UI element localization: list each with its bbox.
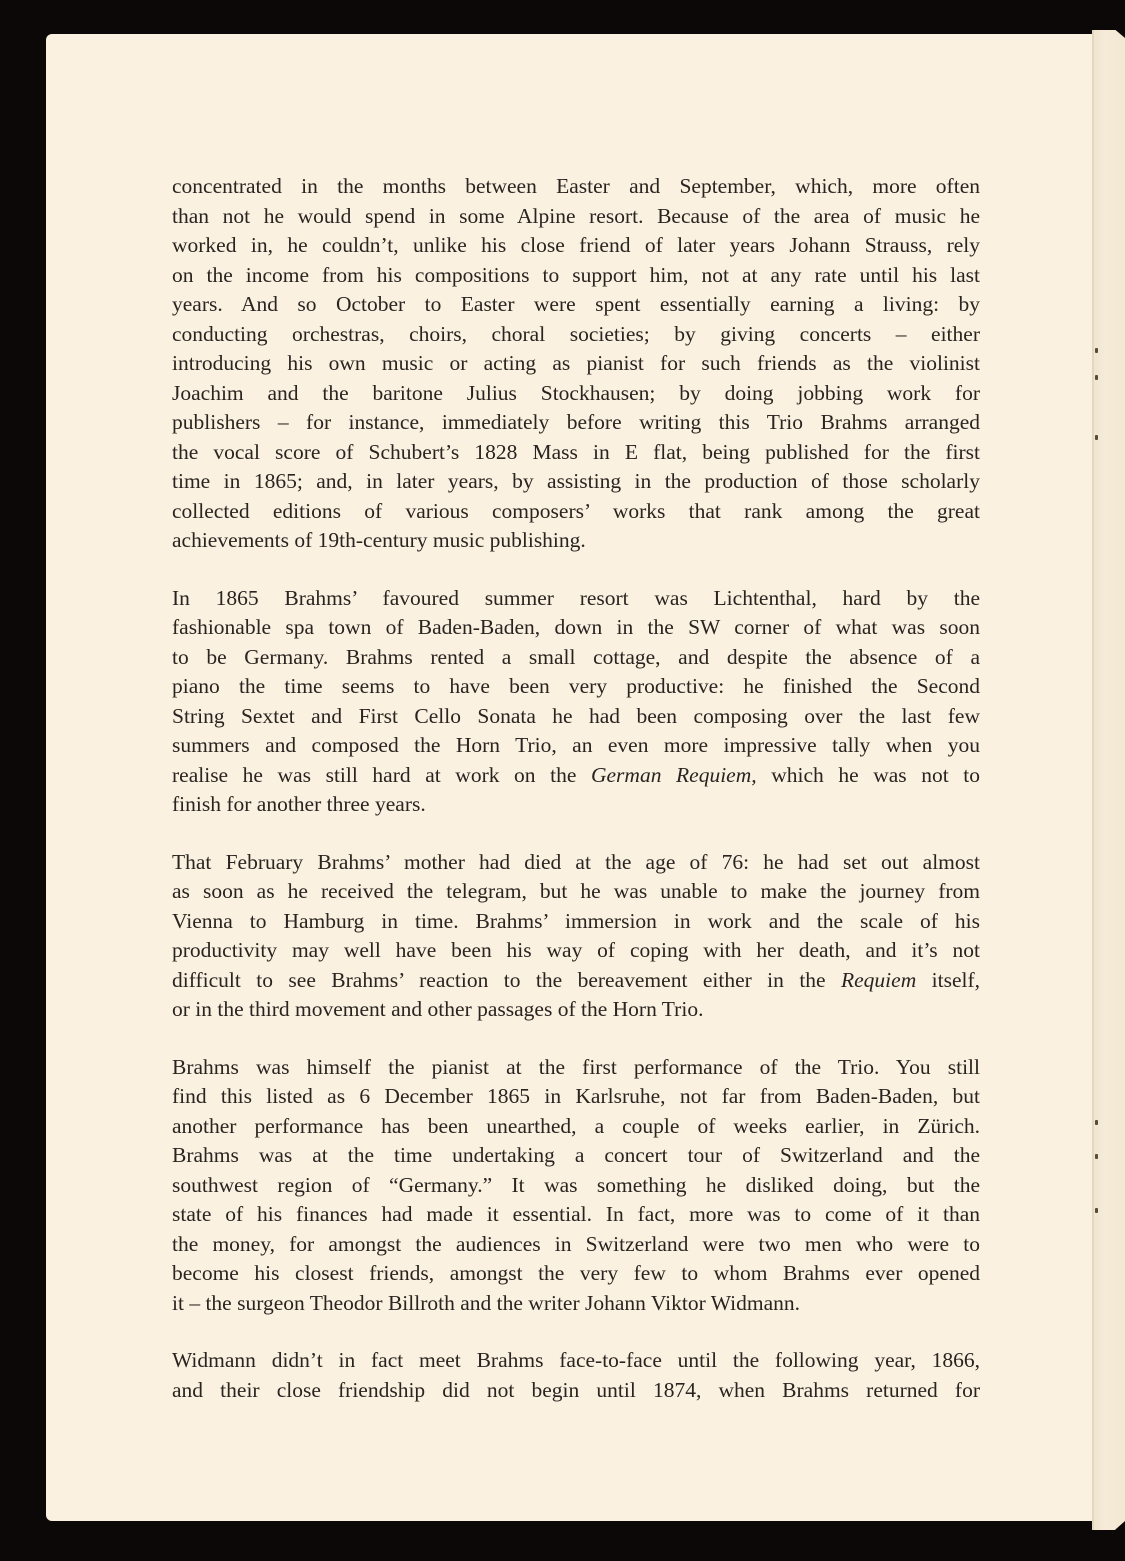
text-line: String Sextet and First Cello Sonata he … [172,702,980,732]
italic-title: German Requiem, [591,763,757,787]
text-line: fashionable spa town of Baden-Baden, dow… [172,613,980,643]
text-line: on the income from his compositions to s… [172,261,980,291]
text-line: southwest region of “Germany.” It was so… [172,1171,980,1201]
text-line: time in 1865; and, in later years, by as… [172,467,980,497]
text-line: collected editions of various composers’… [172,497,980,527]
edge-speck [1095,435,1098,440]
text-line: than not he would spend in some Alpine r… [172,202,980,232]
edge-speck [1095,1208,1098,1213]
text-line: or in the third movement and other passa… [172,995,980,1025]
text-line: difficult to see Brahms’ reaction to the… [172,966,980,996]
text-line: another performance has been unearthed, … [172,1112,980,1142]
paragraph: That February Brahms’ mother had died at… [172,848,980,1025]
edge-speck [1095,375,1098,380]
text-line: find this listed as 6 December 1865 in K… [172,1082,980,1112]
text-line: state of his finances had made it essent… [172,1200,980,1230]
text-line: introducing his own music or acting as p… [172,349,980,379]
text-line: publishers – for instance, immediately b… [172,408,980,438]
text-line: it – the surgeon Theodor Billroth and th… [172,1289,980,1319]
text-line: Brahms was himself the pianist at the fi… [172,1053,980,1083]
text-line: realise he was still hard at work on the… [172,761,980,791]
text-line: years. And so October to Easter were spe… [172,290,980,320]
edge-speck [1095,1154,1098,1159]
text-line: become his closest friends, amongst the … [172,1259,980,1289]
body-text: concentrated in the months between Easte… [172,172,980,1433]
text-line: to be Germany. Brahms rented a small cot… [172,643,980,673]
text-line: summers and composed the Horn Trio, an e… [172,731,980,761]
paragraph: Brahms was himself the pianist at the fi… [172,1053,980,1319]
text-line: Widmann didn’t in fact meet Brahms face-… [172,1346,980,1376]
text-line: piano the time seems to have been very p… [172,672,980,702]
paragraph: concentrated in the months between Easte… [172,172,980,556]
text-line: Vienna to Hamburg in time. Brahms’ immer… [172,907,980,937]
text-line: worked in, he couldn’t, unlike his close… [172,231,980,261]
text-line: the money, for amongst the audiences in … [172,1230,980,1260]
page-stack-edge [1092,30,1125,1530]
text-line: finish for another three years. [172,790,980,820]
text-line: Joachim and the baritone Julius Stockhau… [172,379,980,409]
text-line: That February Brahms’ mother had died at… [172,848,980,878]
background-corner-bottom-right [1080,1521,1125,1561]
background-corner-top-right [1080,0,1125,38]
text-line: concentrated in the months between Easte… [172,172,980,202]
text-line: and their close friendship did not begin… [172,1376,980,1406]
text-line: Brahms was at the time undertaking a con… [172,1141,980,1171]
text-line: In 1865 Brahms’ favoured summer resort w… [172,584,980,614]
text-line: achievements of 19th-century music publi… [172,526,980,556]
edge-speck [1095,348,1098,353]
paragraph: Widmann didn’t in fact meet Brahms face-… [172,1346,980,1405]
text-line: productivity may well have been his way … [172,936,980,966]
text-line: conducting orchestras, choirs, choral so… [172,320,980,350]
text-line: the vocal score of Schubert’s 1828 Mass … [172,438,980,468]
edge-speck [1095,1120,1098,1125]
paragraph: In 1865 Brahms’ favoured summer resort w… [172,584,980,820]
italic-title: Requiem [841,968,916,992]
text-line: as soon as he received the telegram, but… [172,877,980,907]
